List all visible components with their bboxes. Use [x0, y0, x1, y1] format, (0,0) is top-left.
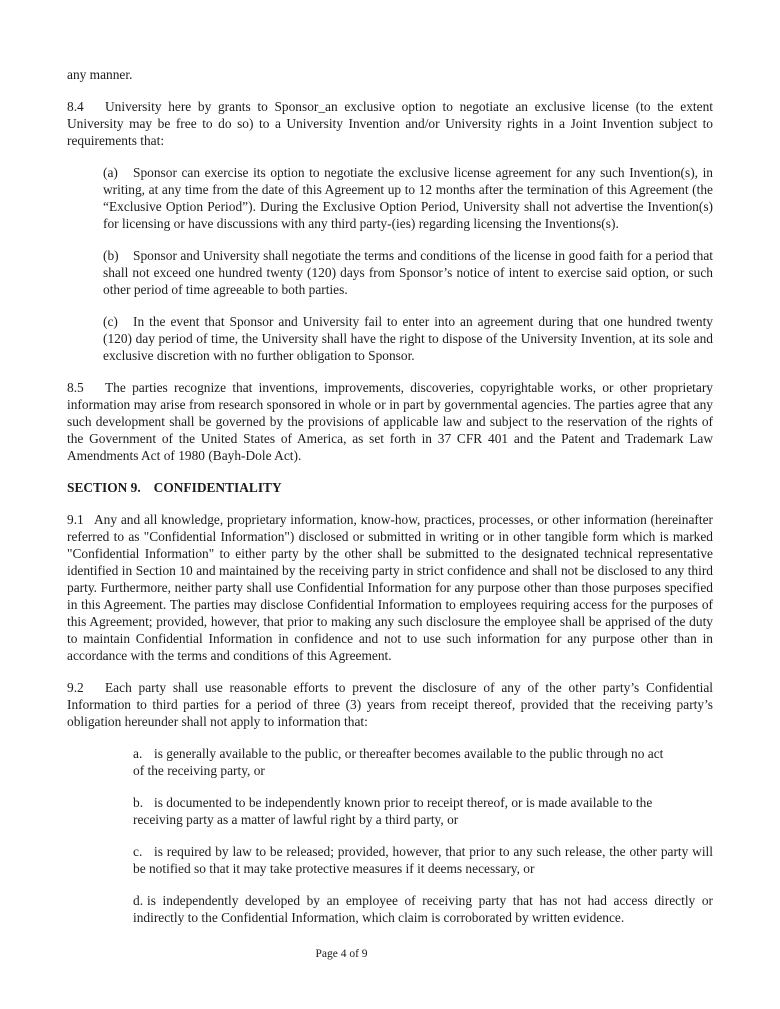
section-9-heading: SECTION 9.CONFIDENTIALITY	[67, 479, 713, 496]
paragraph-text: is documented to be independently known …	[133, 795, 652, 827]
paragraph-9-1: 9.1Any and all knowledge, proprietary in…	[67, 511, 713, 664]
exception-item-c: c.is required by law to be released; pro…	[133, 843, 713, 877]
item-letter: d.	[133, 892, 147, 909]
clause-letter: (c)	[103, 313, 133, 330]
paragraph-text: The parties recognize that inventions, i…	[67, 380, 713, 463]
paragraph-text: is independently developed by an employe…	[133, 893, 713, 925]
paragraph-number: 9.1	[67, 511, 94, 528]
exception-item-a: a.is generally available to the public, …	[133, 745, 673, 779]
paragraph-text: Each party shall use reasonable efforts …	[67, 680, 713, 729]
clause-letter: (a)	[103, 164, 133, 181]
paragraph-text: In the event that Sponsor and University…	[103, 314, 713, 363]
paragraph-text: is generally available to the public, or…	[133, 746, 663, 778]
paragraph-text: University here by grants to Sponsor_an …	[67, 99, 713, 148]
item-letter: b.	[133, 794, 154, 811]
item-letter: c.	[133, 843, 154, 860]
clause-a: (a)Sponsor can exercise its option to ne…	[103, 164, 713, 232]
clause-b: (b)Sponsor and University shall negotiat…	[103, 247, 713, 298]
paragraph-text: Sponsor can exercise its option to negot…	[103, 165, 713, 231]
continuation-text: any manner.	[67, 66, 713, 83]
paragraph-text: Sponsor and University shall negotiate t…	[103, 248, 713, 297]
document-page: any manner. 8.4University here by grants…	[0, 0, 780, 1009]
clause-c: (c)In the event that Sponsor and Univers…	[103, 313, 713, 364]
paragraph-9-2: 9.2Each party shall use reasonable effor…	[67, 679, 713, 730]
paragraph-8-5: 8.5The parties recognize that inventions…	[67, 379, 713, 464]
paragraph-number: 8.5	[67, 379, 105, 396]
exception-item-d: d.is independently developed by an emplo…	[133, 892, 713, 926]
page-number: Page 4 of 9	[0, 946, 683, 963]
section-title: CONFIDENTIALITY	[154, 480, 282, 495]
item-letter: a.	[133, 745, 154, 762]
paragraph-text: any manner.	[67, 67, 132, 82]
paragraph-text: Any and all knowledge, proprietary infor…	[67, 512, 713, 663]
paragraph-number: 9.2	[67, 679, 105, 696]
clause-letter: (b)	[103, 247, 133, 264]
exception-item-b: b.is documented to be independently know…	[133, 794, 673, 828]
section-number: SECTION 9.	[67, 480, 141, 495]
paragraph-number: 8.4	[67, 98, 105, 115]
paragraph-8-4: 8.4University here by grants to Sponsor_…	[67, 98, 713, 149]
paragraph-text: is required by law to be released; provi…	[133, 844, 713, 876]
